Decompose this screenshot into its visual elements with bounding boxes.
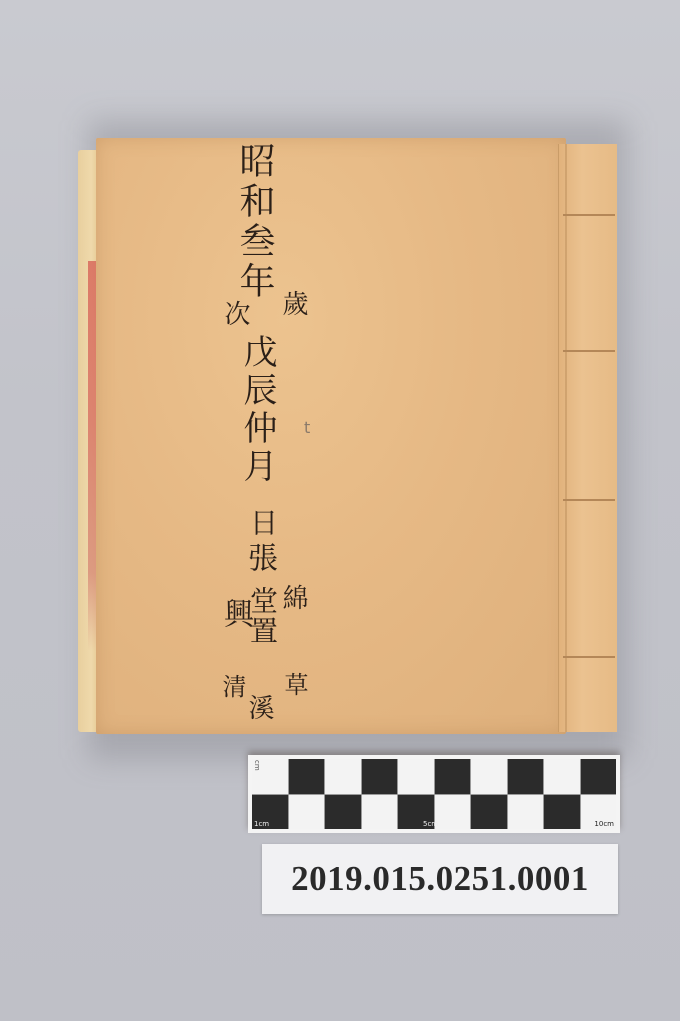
scale-square — [508, 759, 544, 794]
scale-square — [362, 759, 398, 794]
inscription-sui: 歲 — [280, 290, 306, 316]
scale-square — [435, 759, 471, 794]
inscription-tang-zhi: 堂置 — [248, 586, 276, 646]
scale-square — [289, 795, 325, 830]
booklet-cover: 昭和叁年 次 歲 戊辰仲月 日 張 綿 興 堂置 草 清 溪 t — [96, 138, 566, 734]
inscription-date: 戊辰仲月 — [240, 334, 274, 486]
binding-stitch — [563, 499, 615, 501]
scale-square — [471, 759, 507, 794]
color-scale-bar: cm 1cm 5cm 10cm — [248, 755, 620, 833]
scale-square — [398, 759, 434, 794]
inscription-zhang: 張 — [244, 542, 274, 572]
binding-stitch — [563, 350, 615, 352]
inscription-ri: 日 — [248, 508, 276, 536]
scale-square — [362, 795, 398, 830]
inscription-era-year: 昭和叁年 — [236, 142, 272, 302]
red-stain — [88, 261, 96, 651]
scale-square — [471, 795, 507, 830]
scale-square — [544, 759, 580, 794]
binding-stitch — [563, 214, 615, 216]
booklet: 昭和叁年 次 歲 戊辰仲月 日 張 綿 興 堂置 草 清 溪 t — [78, 136, 616, 734]
inscription-mian: 綿 — [280, 584, 306, 610]
scale-square — [508, 795, 544, 830]
pencil-mark: t — [304, 418, 310, 437]
spine-fold-line — [565, 144, 567, 732]
scale-square — [544, 795, 580, 830]
binding-stitch — [563, 656, 615, 658]
scale-label-10cm: 10cm — [594, 820, 614, 828]
catalog-number: 2019.015.0251.0001 — [291, 859, 589, 899]
scale-square — [581, 759, 617, 794]
inscription-xi: 溪 — [246, 694, 272, 720]
photo-stage: 昭和叁年 次 歲 戊辰仲月 日 張 綿 興 堂置 草 清 溪 t — [0, 0, 680, 1021]
scale-square — [325, 795, 361, 830]
scale-square — [435, 795, 471, 830]
scale-label-1cm: 1cm — [254, 820, 269, 828]
checker-grid — [252, 759, 616, 829]
scale-square — [325, 759, 361, 794]
inscription-qing: 清 — [220, 674, 244, 698]
bound-spine — [558, 144, 617, 732]
catalog-number-label: 2019.015.0251.0001 — [262, 844, 618, 914]
inscription-cao: 草 — [282, 672, 306, 696]
scale-label-5cm: 5cm — [423, 820, 438, 828]
inscription-ci: 次 — [222, 300, 248, 326]
scale-square — [289, 759, 325, 794]
scale-unit-mark: cm — [253, 760, 261, 771]
